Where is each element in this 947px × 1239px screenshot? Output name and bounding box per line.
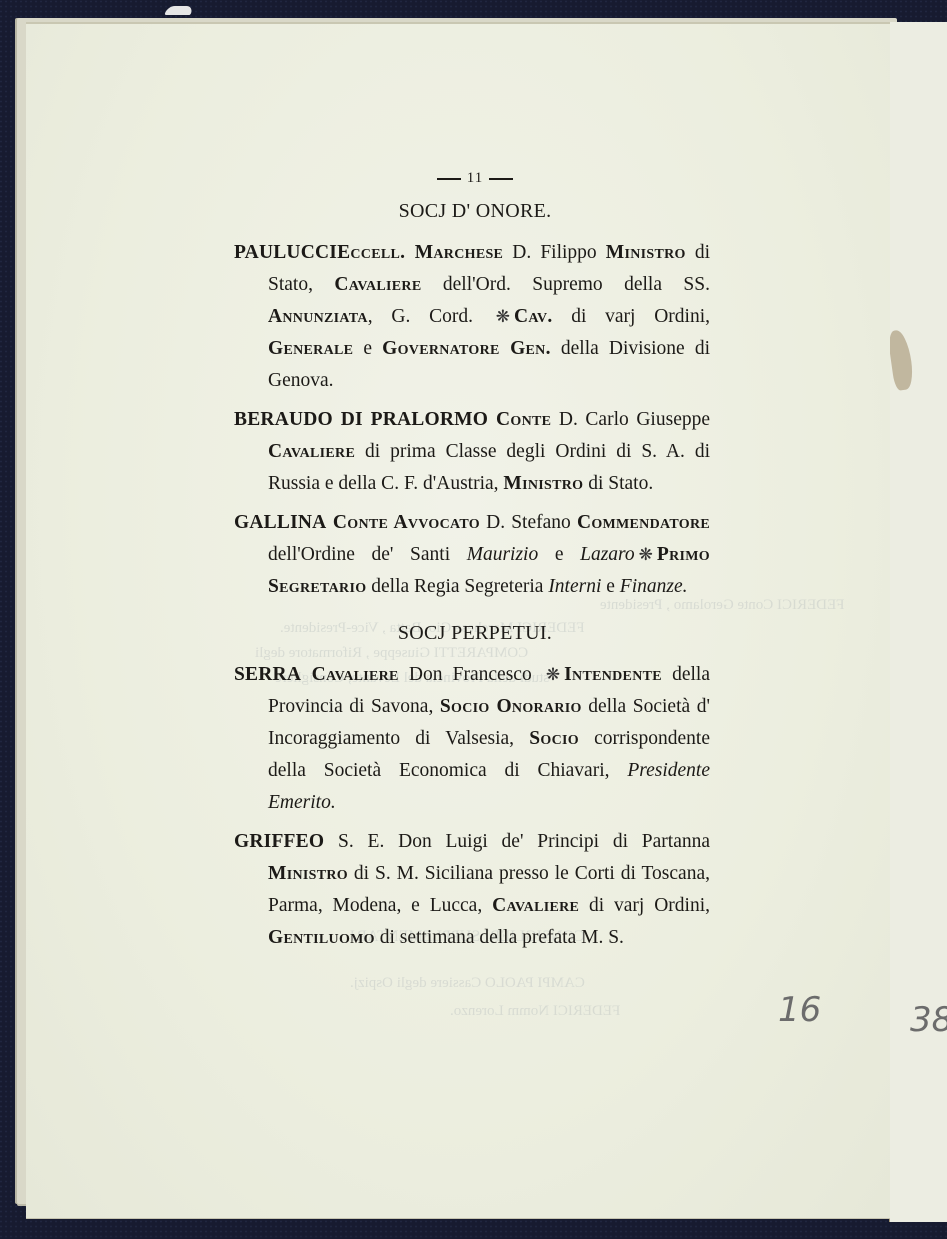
entry-text: Maurizio (467, 544, 539, 565)
entry-text: D. Carlo Giuseppe (551, 409, 710, 430)
entry-text: e (538, 544, 580, 565)
bleed-through-line: CAMPI PAOLO Cassiere degli Ospizj. (350, 975, 585, 992)
entry-text: Ministro (503, 473, 583, 494)
entry-text: Don Francesco (399, 664, 542, 685)
folio-rule-left (437, 178, 461, 180)
page-content: 11 SOCJ D' ONORE.PAULUCCIEccell. Marches… (240, 165, 710, 961)
entry-text: Commendatore (577, 512, 710, 533)
entry-text: Generale (268, 338, 353, 359)
entry-text: della Regia Segreteria (366, 576, 548, 597)
member-name: GALLINA (234, 512, 326, 533)
entry-text: Socio Onorario (440, 696, 582, 717)
member-entry: BERAUDO DI PRALORMO Conte D. Carlo Giuse… (240, 404, 710, 500)
entry-text: Finanze. (620, 576, 688, 597)
member-name: SERRA (234, 664, 301, 685)
handwritten-number-right: 38 (910, 1000, 947, 1040)
folio-rule-right (489, 178, 513, 180)
entry-text: Ministro (268, 863, 348, 884)
adjacent-page (889, 22, 947, 1222)
member-entry: GRIFFEO S. E. Don Luigi de' Principi di … (240, 826, 710, 954)
entry-text: , G. Cord. (368, 306, 492, 327)
member-name: BERAUDO DI PRALORMO (234, 409, 488, 430)
entry-text: e (353, 338, 382, 359)
member-entry: GALLINA Conte Avvocato D. Stefano Commen… (240, 507, 710, 603)
entry-text: Gentiluomo (268, 927, 375, 948)
entry-text: di varj Ordini, (553, 306, 710, 327)
entry-text: Conte Avvocato (326, 512, 480, 533)
member-entry: PAULUCCIEccell. Marchese D. Filippo Mini… (240, 237, 710, 397)
page-number: 11 (240, 165, 710, 191)
entry-text: D. Stefano (480, 512, 577, 533)
entry-text: Interni (548, 576, 601, 597)
entry-text: Socio (529, 728, 579, 749)
entry-text: Cavaliere (334, 274, 421, 295)
entry-text: D. Filippo (503, 242, 606, 263)
entry-text: Lazaro (580, 544, 635, 565)
section-heading: SOCJ PERPETUI. (240, 617, 710, 649)
member-sections: SOCJ D' ONORE.PAULUCCIEccell. Marchese D… (240, 195, 710, 954)
member-name: PAULUCCI (234, 242, 337, 263)
entry-text: Conte (488, 409, 551, 430)
entry-text: dell'Ord. Supremo della SS. (421, 274, 710, 295)
order-star-icon: ❋ (639, 545, 653, 564)
section-heading: SOCJ D' ONORE. (240, 195, 710, 227)
entry-text: Ministro (606, 242, 686, 263)
paper-tab-mark (164, 6, 193, 15)
entry-text: Eccell. Marchese (337, 242, 503, 263)
order-star-icon: ❋ (546, 665, 560, 684)
entry-text: dell'Ordine de' Santi (268, 544, 467, 565)
entry-text: Intendente (564, 664, 662, 685)
entry-text: Cav. (514, 306, 553, 327)
entry-text: e (601, 576, 619, 597)
handwritten-number-left: 16 (778, 990, 821, 1030)
entry-text: Cavaliere (301, 664, 399, 685)
entry-text: S. E. Don Luigi de' Principi di Partanna (324, 831, 710, 852)
entry-text: di settimana della prefata M. S. (375, 927, 624, 948)
entry-text: di varj Ordini, (579, 895, 710, 916)
entry-text: Annunziata (268, 306, 368, 327)
entry-text: Cavaliere (268, 441, 355, 462)
entry-text: Governatore Gen. (382, 338, 551, 359)
bleed-through-line: FEDERICI Nomm Lorenzo. (450, 1003, 620, 1020)
page-number-text: 11 (467, 170, 483, 186)
entry-text: Cavaliere (492, 895, 579, 916)
member-entry: SERRA Cavaliere Don Francesco ❋Intendent… (240, 659, 710, 819)
order-star-icon: ❋ (496, 307, 510, 326)
member-name: GRIFFEO (234, 831, 324, 852)
entry-text: di Stato. (583, 473, 653, 494)
